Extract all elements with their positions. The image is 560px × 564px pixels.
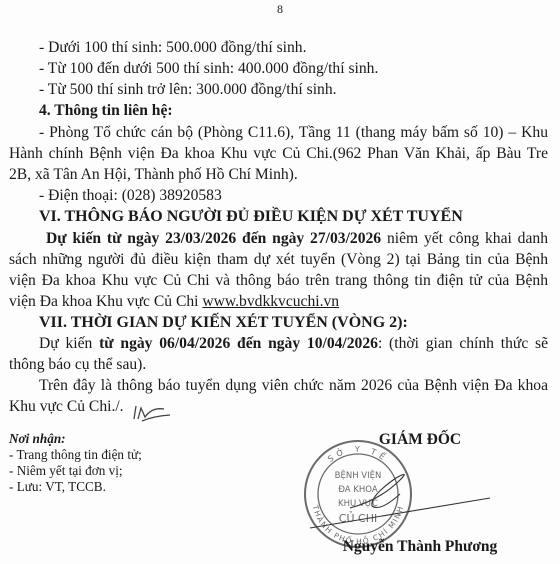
fee-item: - Dưới 100 thí sinh: 500.000 đồng/thí si… — [39, 38, 307, 58]
website-link[interactable]: www.bvdkkvcuchi.vn — [202, 293, 339, 310]
section-vi-last-line: viện Đa khoa Khu vực Củ Chi www.bvdkkvcu… — [9, 292, 339, 312]
section-vi-lead-rest: niêm yết công khai danh — [381, 230, 548, 247]
signature-icon — [300, 460, 500, 540]
section-vii-lead-rest: : (thời gian chính thức sẽ — [378, 335, 548, 352]
section-vi-last-prefix: viện Đa khoa Khu vực Củ Chi — [9, 293, 202, 310]
recipient-item: - Niêm yết tại đơn vị; — [9, 463, 123, 479]
contact-phone: - Điện thoại: (028) 38920583 — [39, 186, 222, 206]
contact-heading: 4. Thông tin liên hệ: — [39, 101, 173, 121]
recipients-heading: Nơi nhận: — [9, 431, 66, 447]
signer-title: GIÁM ĐỐC — [360, 430, 480, 450]
initial-mark-icon — [130, 403, 180, 423]
recipient-item: - Lưu: VT, TCCB. — [9, 479, 106, 495]
contact-address-line: 2B, xã Tân An Hội, Thành phố Hồ Chí Minh… — [9, 165, 298, 185]
section-vii-lead-plain: Dự kiến — [39, 335, 99, 352]
page-number: 8 — [0, 2, 560, 17]
fee-item: - Từ 100 đến dưới 500 thí sinh: 400.000 … — [39, 59, 378, 79]
section-vi-line: sách những người đủ điều kiện tham dự xé… — [9, 250, 548, 270]
contact-address-line: Hành chính Bệnh viện Đa khoa Khu vực Củ … — [9, 144, 548, 164]
section-vi-line: viện Đa khoa Khu vực Củ Chi và thông báo… — [9, 271, 548, 291]
section-vii-line2: thông báo cụ thể sau). — [9, 355, 146, 375]
section-vi-dates: Dự kiến từ ngày 23/03/2026 đến ngày 27/0… — [46, 230, 381, 247]
closing-line: Trên đây là thông báo tuyển dụng viên ch… — [39, 376, 548, 396]
section-vii-dates: từ ngày 06/04/2026 đến ngày 10/04/2026 — [99, 335, 378, 352]
signer-name: Nguyễn Thành Phương — [320, 537, 520, 557]
document-page: 8 - Dưới 100 thí sinh: 500.000 đồng/thí … — [0, 0, 560, 564]
section-vi-lead: Dự kiến từ ngày 23/03/2026 đến ngày 27/0… — [46, 229, 548, 249]
closing-line: Khu vực Củ Chi./. — [9, 397, 124, 417]
fee-item: - Từ 500 thí sinh trở lên: 300.000 đồng/… — [39, 80, 337, 100]
section-vii-lead: Dự kiến từ ngày 06/04/2026 đến ngày 10/0… — [39, 334, 548, 354]
contact-address-line: - Phòng Tổ chức cán bộ (Phòng C11.6), Tầ… — [39, 123, 548, 143]
recipient-item: - Trang thông tin điện tử; — [9, 447, 142, 463]
section-vii-heading: VII. THỜI GIAN DỰ KIẾN XÉT TUYỂN (VÒNG 2… — [39, 313, 408, 333]
section-vi-heading: VI. THÔNG BÁO NGƯỜI ĐỦ ĐIỀU KIỆN DỰ XÉT … — [39, 207, 463, 227]
